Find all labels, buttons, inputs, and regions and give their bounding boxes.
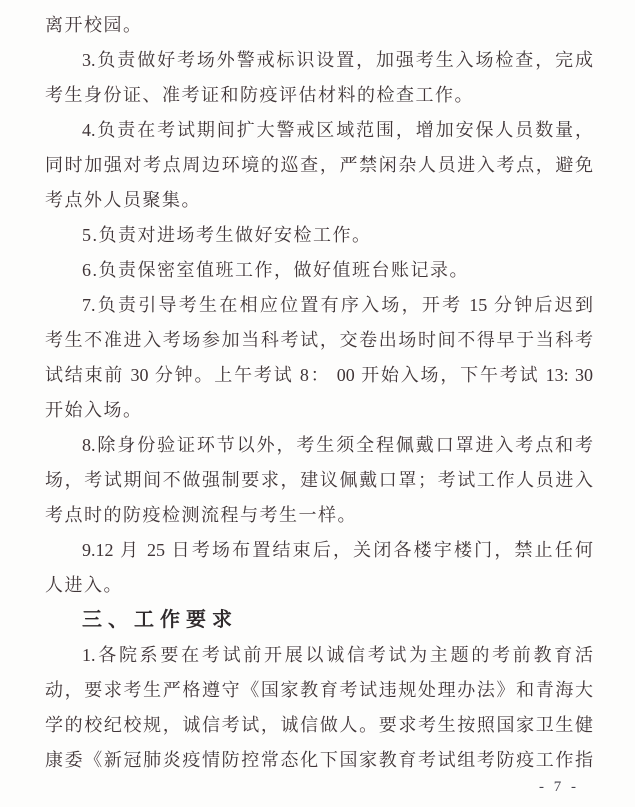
text-line: 考点时的防疫检测流程与考生一样。 bbox=[45, 498, 593, 533]
text-line: 7.负责引导考生在相应位置有序入场，开考 15 分钟后迟到 bbox=[45, 288, 593, 323]
text-line: 离开校园。 bbox=[45, 8, 593, 43]
text-line: 试结束前 30 分钟。上午考试 8： 00 开始入场，下午考试 13: 30 bbox=[45, 358, 593, 393]
text-line: 学的校纪校规，诚信考试，诚信做人。要求考生按照国家卫生健 bbox=[45, 708, 593, 743]
text-line: 1.各院系要在考试前开展以诚信考试为主题的考前教育活 bbox=[45, 638, 593, 673]
document-page: 离开校园。3.负责做好考场外警戒标识设置，加强考生入场检查，完成考生身份证、准考… bbox=[0, 0, 635, 807]
text-line: 6.负责保密室值班工作，做好值班台账记录。 bbox=[45, 253, 593, 288]
text-line: 场，考试期间不做强制要求，建议佩戴口罩；考试工作人员进入 bbox=[45, 463, 593, 498]
text-line: 考点外人员聚集。 bbox=[45, 183, 593, 218]
text-line: 同时加强对考点周边环境的巡查，严禁闲杂人员进入考点，避免 bbox=[45, 148, 593, 183]
section-heading: 三、工作要求 bbox=[45, 603, 593, 638]
text-line: 5.负责对进场考生做好安检工作。 bbox=[45, 218, 593, 253]
text-line: 人进入。 bbox=[45, 568, 593, 603]
text-line: 动，要求考生严格遵守《国家教育考试违规处理办法》和青海大 bbox=[45, 673, 593, 708]
text-line: 8.除身份验证环节以外，考生须全程佩戴口罩进入考点和考 bbox=[45, 428, 593, 463]
text-line: 9.12 月 25 日考场布置结束后，关闭各楼宇楼门，禁止任何 bbox=[45, 533, 593, 568]
page-number: - 7 - bbox=[539, 779, 579, 796]
text-line: 考生身份证、准考证和防疫评估材料的检查工作。 bbox=[45, 78, 593, 113]
text-line: 开始入场。 bbox=[45, 393, 593, 428]
text-line: 3.负责做好考场外警戒标识设置，加强考生入场检查，完成 bbox=[45, 43, 593, 78]
text-line: 康委《新冠肺炎疫情防控常态化下国家教育考试组考防疫工作指 bbox=[45, 743, 593, 778]
text-line: 考生不准进入考场参加当科考试，交卷出场时间不得早于当科考 bbox=[45, 323, 593, 358]
text-line: 4.负责在考试期间扩大警戒区域范围，增加安保人员数量， bbox=[45, 113, 593, 148]
document-body: 离开校园。3.负责做好考场外警戒标识设置，加强考生入场检查，完成考生身份证、准考… bbox=[45, 8, 593, 778]
